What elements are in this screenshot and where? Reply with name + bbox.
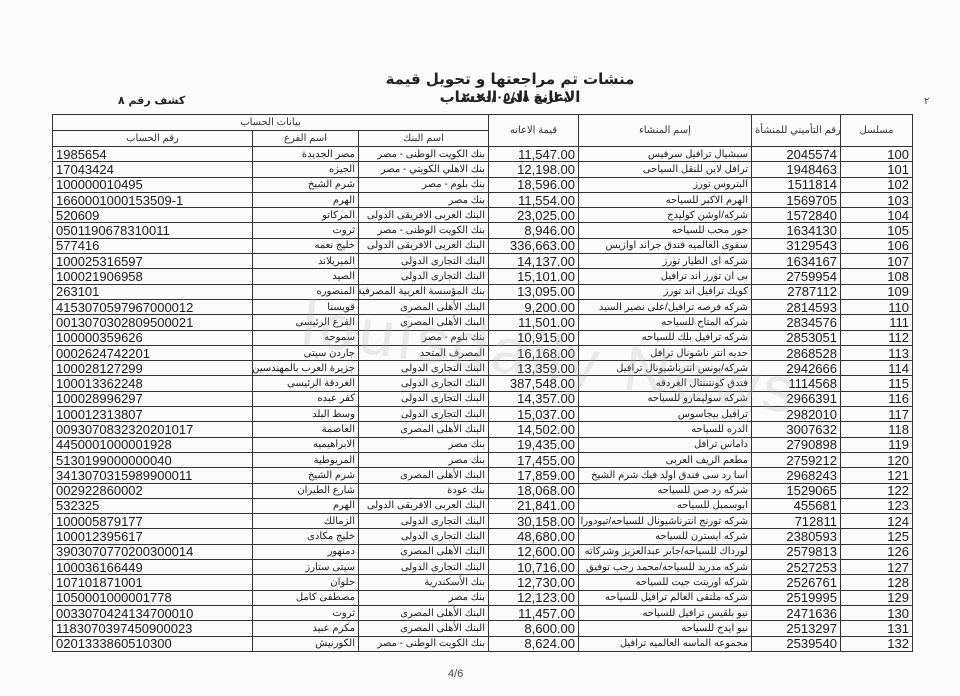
cell-amount: 12,730.00 <box>489 575 579 590</box>
cell-account-no: 3413070315989900011 <box>53 468 253 483</box>
cell-serial: 119 <box>841 437 913 452</box>
cell-amount: 15,037.00 <box>489 407 579 422</box>
cell-serial: 103 <box>841 192 913 207</box>
cell-account-no: 532325 <box>53 498 253 513</box>
header-account-data: بيانات الحساب <box>53 115 489 131</box>
cell-account-no: 100000359626 <box>53 330 253 345</box>
cell-serial: 110 <box>841 299 913 314</box>
cell-bank-name: بنك بلوم - مصر <box>359 177 489 192</box>
cell-amount: 11,457.00 <box>489 605 579 620</box>
cell-bank-name: المصرف المتحد <box>359 345 489 360</box>
cell-branch-name: سموحه <box>253 330 359 345</box>
table-row: 107101871001حلوانبنك الأسكندرية12,730.00… <box>53 575 913 590</box>
cell-account-no: 263101 <box>53 284 253 299</box>
cell-serial: 109 <box>841 284 913 299</box>
cell-insurance-no: 2526761 <box>752 575 841 590</box>
cell-amount: 387,548.00 <box>489 376 579 391</box>
cell-account-no: 5130199000000040 <box>53 452 253 467</box>
cell-account-no: 0201333860510300 <box>53 636 253 651</box>
cell-establishment: شركه رد صن للسياحه <box>579 483 752 498</box>
cell-insurance-no: 1634167 <box>752 254 841 269</box>
cell-branch-name: الفرع الرئيسى <box>253 315 359 330</box>
cell-account-no: 0501190678310011 <box>53 223 253 238</box>
cell-amount: 9,200.00 <box>489 299 579 314</box>
document-date: بتاريخ ٢٠٢٠/٠٥/١٨ <box>400 90 630 104</box>
cell-account-no: 4153070597967000012 <box>53 299 253 314</box>
cell-insurance-no: 2513297 <box>752 621 841 636</box>
cell-serial: 115 <box>841 376 913 391</box>
cell-amount: 18,068.00 <box>489 483 579 498</box>
cell-bank-name: بنك مصر <box>359 590 489 605</box>
header-account-no: رقم الحساب <box>53 131 253 147</box>
cell-insurance-no: 3129543 <box>752 238 841 253</box>
cell-establishment: داماس ترافل <box>579 437 752 452</box>
cell-serial: 114 <box>841 361 913 376</box>
cell-serial: 123 <box>841 498 913 513</box>
cell-insurance-no: 1529065 <box>752 483 841 498</box>
cell-account-no: 3903070770200300014 <box>53 544 253 559</box>
cell-insurance-no: 1948463 <box>752 162 841 177</box>
cell-establishment: لورداك للسياحه/جابر عبدالعزيز وشركاته <box>579 544 752 559</box>
cell-serial: 118 <box>841 422 913 437</box>
cell-serial: 105 <box>841 223 913 238</box>
cell-bank-name: البنك الأهلى المصرى <box>359 621 489 636</box>
cell-establishment: شركه فرصه ترافيل/على نصير السيد <box>579 299 752 314</box>
cell-serial: 101 <box>841 162 913 177</box>
cell-insurance-no: 455681 <box>752 498 841 513</box>
table-body: 1985654مصر الجديدةبنك الكويت الوطنى - مص… <box>53 147 913 652</box>
table-row: 100012313807وسط البلدالبنك التجارى الدول… <box>53 407 913 422</box>
cell-account-no: 100000010495 <box>53 177 253 192</box>
cell-branch-name: مكرم عبيد <box>253 621 359 636</box>
cell-account-no: 100013362248 <box>53 376 253 391</box>
cell-serial: 100 <box>841 147 913 162</box>
cell-amount: 13,359.00 <box>489 361 579 376</box>
table-row: 0093070832320201017العاصمةالبنك الأهلى ا… <box>53 422 913 437</box>
cell-serial: 125 <box>841 529 913 544</box>
cell-branch-name: ثروت <box>253 605 359 620</box>
cell-amount: 11,501.00 <box>489 315 579 330</box>
cell-establishment: ابوسمبل للسياحه <box>579 498 752 513</box>
cell-bank-name: البنك الأهلى المصرى <box>359 299 489 314</box>
cell-serial: 126 <box>841 544 913 559</box>
cell-insurance-no: 2968243 <box>752 468 841 483</box>
cell-branch-name: الكورنيش <box>253 636 359 651</box>
cell-amount: 18,596.00 <box>489 177 579 192</box>
cell-insurance-no: 1569705 <box>752 192 841 207</box>
cell-account-no: 100012313807 <box>53 407 253 422</box>
cell-establishment: بى ان تورز اند ترافيل <box>579 269 752 284</box>
cell-branch-name: شرم الشيخ <box>253 177 359 192</box>
cell-amount: 336,663.00 <box>489 238 579 253</box>
cell-establishment: نيو بلقيس ترافيل للسياحه <box>579 605 752 620</box>
cell-bank-name: البنك التجارى الدولى <box>359 514 489 529</box>
table-row: 1985654مصر الجديدةبنك الكويت الوطنى - مص… <box>53 147 913 162</box>
cell-insurance-no: 2759212 <box>752 452 841 467</box>
cell-amount: 14,137.00 <box>489 254 579 269</box>
cell-bank-name: بنك بلوم - مصر <box>359 330 489 345</box>
header-bank-name: اسم البنك <box>359 131 489 147</box>
table-row: 532325الهرمالبنك العربى الافريقى الدولى2… <box>53 498 913 513</box>
cell-establishment: شركه ترافيل بلك للسياحه <box>579 330 752 345</box>
cell-establishment: حديه انتر ناشونال ترافل <box>579 345 752 360</box>
cell-branch-name: الجيزه <box>253 162 359 177</box>
cell-bank-name: البنك العربى الافريقى الدولى <box>359 208 489 223</box>
cell-serial: 107 <box>841 254 913 269</box>
table-row: 0002624742201جاردن سيتىالمصرف المتحد16,1… <box>53 345 913 360</box>
cell-establishment: نيو ايدج للسياحه <box>579 621 752 636</box>
header-amount: قيمة الاعانه <box>489 115 579 147</box>
cell-serial: 122 <box>841 483 913 498</box>
cell-serial: 130 <box>841 605 913 620</box>
table-row: 577416خليج نعمهالبنك العربى الافريقى الد… <box>53 238 913 253</box>
cell-insurance-no: 2579813 <box>752 544 841 559</box>
cell-bank-name: البنك الأهلى المصرى <box>359 468 489 483</box>
cell-establishment: فندق كونتننتال الغردقه <box>579 376 752 391</box>
cell-serial: 124 <box>841 514 913 529</box>
cell-insurance-no: 2966391 <box>752 391 841 406</box>
table-row: 100000010495شرم الشيخبنك بلوم - مصر18,59… <box>53 177 913 192</box>
cell-amount: 8,624.00 <box>489 636 579 651</box>
cell-account-no: 17043424 <box>53 162 253 177</box>
cell-amount: 17,859.00 <box>489 468 579 483</box>
cell-amount: 11,554.00 <box>489 192 579 207</box>
cell-establishment: شركه ملتقى العالم ترافيل للسياحه <box>579 590 752 605</box>
cell-branch-name: الميريلاند <box>253 254 359 269</box>
cell-branch-name: الابراهيميه <box>253 437 359 452</box>
table-row: 1660001000153509-1الهرمبنك مصر11,554.00ا… <box>53 192 913 207</box>
cell-serial: 120 <box>841 452 913 467</box>
table-row: 5130199000000040المريوطيةبنك مصر17,455.0… <box>53 452 913 467</box>
cell-account-no: 1183070397450900023 <box>53 621 253 636</box>
cell-amount: 12,600.00 <box>489 544 579 559</box>
page-number: 4/6 <box>448 668 463 680</box>
cell-bank-name: البنك الأهلى المصرى <box>359 315 489 330</box>
cell-serial: 116 <box>841 391 913 406</box>
cell-serial: 121 <box>841 468 913 483</box>
table-row: 100025316597الميريلاندالبنك التجارى الدو… <box>53 254 913 269</box>
cell-amount: 10,716.00 <box>489 560 579 575</box>
cell-account-no: 0002624742201 <box>53 345 253 360</box>
cell-bank-name: البنك التجارى الدولى <box>359 361 489 376</box>
table-row: 100005879177الزمالكالبنك التجارى الدولى3… <box>53 514 913 529</box>
page-marker: ٢ <box>924 96 929 107</box>
cell-bank-name: بنك عودة <box>359 483 489 498</box>
cell-bank-name: بنك الكويت الوطنى - مصر <box>359 223 489 238</box>
cell-establishment: شركه اورينت جيت للسياحه <box>579 575 752 590</box>
cell-establishment: كويك ترافيل اند تورز <box>579 284 752 299</box>
table-row: 4450001000001928الابراهيميهبنك مصر19,435… <box>53 437 913 452</box>
table-row: 002922860002شارع الطيرانبنك عودة18,068.0… <box>53 483 913 498</box>
cell-insurance-no: 1634130 <box>752 223 841 238</box>
cell-establishment: شركه/بونس انترناشيونال ترافيل <box>579 361 752 376</box>
cell-account-no: 0093070832320201017 <box>53 422 253 437</box>
cell-establishment: البتروس تورز <box>579 177 752 192</box>
cell-branch-name: مصر الجديدة <box>253 147 359 162</box>
cell-branch-name: الهرم <box>253 498 359 513</box>
cell-establishment: شركه/اوشن كوليدج <box>579 208 752 223</box>
cell-account-no: 100012395617 <box>53 529 253 544</box>
cell-insurance-no: 712811 <box>752 514 841 529</box>
sheet-number: كشف رقم ٨ <box>118 94 185 107</box>
table-row: 100028127299جزيرة العرب بالمهندسينالبنك … <box>53 361 913 376</box>
cell-serial: 106 <box>841 238 913 253</box>
cell-branch-name: وسط البلد <box>253 407 359 422</box>
cell-serial: 104 <box>841 208 913 223</box>
cell-branch-name: الصيد <box>253 269 359 284</box>
header-insurance-no: الرقم التأميني للمنشأة <box>752 115 841 147</box>
cell-insurance-no: 2471636 <box>752 605 841 620</box>
cell-bank-name: البنك التجارى الدولى <box>359 560 489 575</box>
cell-insurance-no: 2380593 <box>752 529 841 544</box>
table-row: 0033070424134700010ثروتالبنك الأهلى المص… <box>53 605 913 620</box>
cell-amount: 30,158.00 <box>489 514 579 529</box>
cell-branch-name: المنصوره <box>253 284 359 299</box>
cell-insurance-no: 1572840 <box>752 208 841 223</box>
cell-account-no: 107101871001 <box>53 575 253 590</box>
table-row: 100028996297كفر عبدهالبنك التجارى الدولى… <box>53 391 913 406</box>
cell-amount: 13,095.00 <box>489 284 579 299</box>
cell-serial: 129 <box>841 590 913 605</box>
cell-establishment: شركه ايسترن للسياحه <box>579 529 752 544</box>
cell-insurance-no: 2982010 <box>752 407 841 422</box>
cell-establishment: شركه تورنج انترناشيونال للسياحه/تيودورا <box>579 514 752 529</box>
cell-branch-name: خليج مكادى <box>253 529 359 544</box>
cell-amount: 14,357.00 <box>489 391 579 406</box>
establishments-table: بيانات الحساب قيمة الاعانه إسم المنشاء ا… <box>52 114 913 652</box>
cell-insurance-no: 2519995 <box>752 590 841 605</box>
table-row: 100021906958الصيدالبنك التجارى الدولى15,… <box>53 269 913 284</box>
cell-amount: 12,198.00 <box>489 162 579 177</box>
cell-branch-name: ثروت <box>253 223 359 238</box>
table-row: 100000359626سموحهبنك بلوم - مصر10,915.00… <box>53 330 913 345</box>
cell-amount: 8,946.00 <box>489 223 579 238</box>
cell-insurance-no: 2853051 <box>752 330 841 345</box>
cell-insurance-no: 1511814 <box>752 177 841 192</box>
table-row: 1050001000001778مصطفى كاملبنك مصر12,123.… <box>53 590 913 605</box>
cell-establishment: شركه سوليمارو للسياحه <box>579 391 752 406</box>
cell-account-no: 577416 <box>53 238 253 253</box>
cell-branch-name: الغردقة الرئيسى <box>253 376 359 391</box>
cell-establishment: ترافيل بيجاسوس <box>579 407 752 422</box>
cell-account-no: 4450001000001928 <box>53 437 253 452</box>
table-row: 520609المركاتوالبنك العربى الافريقى الدو… <box>53 208 913 223</box>
cell-bank-name: البنك التجارى الدولى <box>359 407 489 422</box>
cell-amount: 8,600.00 <box>489 621 579 636</box>
cell-branch-name: خليج نعمه <box>253 238 359 253</box>
cell-bank-name: البنك الأهلى المصرى <box>359 544 489 559</box>
cell-bank-name: بنك مصر <box>359 437 489 452</box>
cell-serial: 112 <box>841 330 913 345</box>
table-row: 100012395617خليج مكادىالبنك التجارى الدو… <box>53 529 913 544</box>
cell-insurance-no: 2942666 <box>752 361 841 376</box>
cell-serial: 127 <box>841 560 913 575</box>
table-row: 100036166449سيتى ستارزالبنك التجارى الدو… <box>53 560 913 575</box>
cell-amount: 23,025.00 <box>489 208 579 223</box>
cell-establishment: سبشيال ترافيل سرفيس <box>579 147 752 162</box>
cell-amount: 19,435.00 <box>489 437 579 452</box>
cell-branch-name: شرم الشيخ <box>253 468 359 483</box>
cell-establishment: شركه المتاح للسياحه <box>579 315 752 330</box>
cell-account-no: 100005879177 <box>53 514 253 529</box>
cell-branch-name: جاردن سيتى <box>253 345 359 360</box>
cell-establishment: الدره للسياحه <box>579 422 752 437</box>
cell-bank-name: بنك الكويت الوطنى - مصر <box>359 636 489 651</box>
cell-amount: 16,168.00 <box>489 345 579 360</box>
cell-serial: 117 <box>841 407 913 422</box>
cell-bank-name: البنك الأهلى المصرى <box>359 605 489 620</box>
cell-branch-name: المركاتو <box>253 208 359 223</box>
cell-establishment: الهرم الاكبر للسياحه <box>579 192 752 207</box>
table-row: 0013070302809500021الفرع الرئيسىالبنك ال… <box>53 315 913 330</box>
cell-account-no: 0013070302809500021 <box>53 315 253 330</box>
cell-insurance-no: 2787112 <box>752 284 841 299</box>
cell-amount: 10,915.00 <box>489 330 579 345</box>
table-row: 3413070315989900011شرم الشيخالبنك الأهلى… <box>53 468 913 483</box>
table-row: 263101المنصورهبنك المؤسسة العربية المصرف… <box>53 284 913 299</box>
cell-insurance-no: 2790898 <box>752 437 841 452</box>
cell-bank-name: البنك العربى الافريقى الدولى <box>359 498 489 513</box>
cell-insurance-no: 2868528 <box>752 345 841 360</box>
table-header: بيانات الحساب قيمة الاعانه إسم المنشاء ا… <box>53 115 913 147</box>
cell-bank-name: بنك مصر <box>359 192 489 207</box>
cell-insurance-no: 2814593 <box>752 299 841 314</box>
cell-account-no: 002922860002 <box>53 483 253 498</box>
table-row: 17043424الجيزهبنك الاهلي الكويتي - مصر12… <box>53 162 913 177</box>
cell-account-no: 100028996297 <box>53 391 253 406</box>
cell-branch-name: المريوطية <box>253 452 359 467</box>
cell-bank-name: البنك التجارى الدولى <box>359 376 489 391</box>
cell-branch-name: دمنهور <box>253 544 359 559</box>
cell-establishment: مجموعه الماسه العالميه ترافيل <box>579 636 752 651</box>
cell-establishment: شركه اى الطيار تورز <box>579 254 752 269</box>
cell-account-no: 100036166449 <box>53 560 253 575</box>
cell-account-no: 1985654 <box>53 147 253 162</box>
cell-account-no: 520609 <box>53 208 253 223</box>
cell-amount: 17,455.00 <box>489 452 579 467</box>
cell-establishment: شركه مدريد للسياحه/محمد رجب توفيق <box>579 560 752 575</box>
cell-serial: 108 <box>841 269 913 284</box>
table-row: 4153070597967000012قويسناالبنك الأهلى ال… <box>53 299 913 314</box>
cell-establishment: مطعم الريف العربى <box>579 452 752 467</box>
header-serial: مسلسل <box>841 115 913 147</box>
cell-bank-name: البنك التجارى الدولى <box>359 529 489 544</box>
cell-branch-name: مصطفى كامل <box>253 590 359 605</box>
cell-account-no: 1660001000153509-1 <box>53 192 253 207</box>
cell-serial: 132 <box>841 636 913 651</box>
cell-amount: 21,841.00 <box>489 498 579 513</box>
cell-branch-name: سيتى ستارز <box>253 560 359 575</box>
cell-branch-name: الهرم <box>253 192 359 207</box>
cell-serial: 111 <box>841 315 913 330</box>
cell-insurance-no: 2834576 <box>752 315 841 330</box>
cell-bank-name: البنك العربى الافريقى الدولى <box>359 238 489 253</box>
cell-serial: 113 <box>841 345 913 360</box>
cell-bank-name: البنك التجارى الدولى <box>359 254 489 269</box>
cell-insurance-no: 1114568 <box>752 376 841 391</box>
cell-insurance-no: 2045574 <box>752 147 841 162</box>
cell-insurance-no: 2759954 <box>752 269 841 284</box>
cell-establishment: ترافل لاين للنقل السياحى <box>579 162 752 177</box>
cell-amount: 12,123.00 <box>489 590 579 605</box>
cell-account-no: 100028127299 <box>53 361 253 376</box>
cell-establishment: اسا رد سى فندق اولد فيك شرم الشيخ <box>579 468 752 483</box>
cell-account-no: 100025316597 <box>53 254 253 269</box>
cell-establishment: سفوى العالميه فندق جراند اوازيس <box>579 238 752 253</box>
cell-branch-name: حلوان <box>253 575 359 590</box>
cell-bank-name: بنك الأسكندرية <box>359 575 489 590</box>
cell-account-no: 100021906958 <box>53 269 253 284</box>
cell-bank-name: البنك التجارى الدولى <box>359 269 489 284</box>
cell-amount: 15,101.00 <box>489 269 579 284</box>
cell-amount: 11,547.00 <box>489 147 579 162</box>
table-row: 100013362248الغردقة الرئيسىالبنك التجارى… <box>53 376 913 391</box>
cell-serial: 128 <box>841 575 913 590</box>
cell-branch-name: قويسنا <box>253 299 359 314</box>
table-row: 0501190678310011ثروتبنك الكويت الوطنى - … <box>53 223 913 238</box>
cell-bank-name: بنك مصر <box>359 452 489 467</box>
cell-branch-name: شارع الطيران <box>253 483 359 498</box>
cell-bank-name: البنك الأهلى المصرى <box>359 422 489 437</box>
cell-insurance-no: 3007632 <box>752 422 841 437</box>
cell-account-no: 1050001000001778 <box>53 590 253 605</box>
cell-establishment: حور محب للسياحه <box>579 223 752 238</box>
table-row: 1183070397450900023مكرم عبيدالبنك الأهلى… <box>53 621 913 636</box>
cell-branch-name: كفر عبده <box>253 391 359 406</box>
cell-serial: 131 <box>841 621 913 636</box>
cell-bank-name: بنك المؤسسة العربية المصرفية - مصر <box>359 284 489 299</box>
header-establishment: إسم المنشاء <box>579 115 752 147</box>
cell-amount: 48,680.00 <box>489 529 579 544</box>
cell-account-no: 0033070424134700010 <box>53 605 253 620</box>
cell-branch-name: العاصمة <box>253 422 359 437</box>
cell-bank-name: بنك الكويت الوطنى - مصر <box>359 147 489 162</box>
cell-amount: 14,502.00 <box>489 422 579 437</box>
cell-branch-name: جزيرة العرب بالمهندسين <box>253 361 359 376</box>
table-row: 3903070770200300014دمنهورالبنك الأهلى ال… <box>53 544 913 559</box>
cell-insurance-no: 2539540 <box>752 636 841 651</box>
table-row: 0201333860510300الكورنيشبنك الكويت الوطن… <box>53 636 913 651</box>
header-branch-name: اسم الفرع <box>253 131 359 147</box>
cell-bank-name: بنك الاهلي الكويتي - مصر <box>359 162 489 177</box>
cell-branch-name: الزمالك <box>253 514 359 529</box>
cell-insurance-no: 2527253 <box>752 560 841 575</box>
cell-serial: 102 <box>841 177 913 192</box>
cell-bank-name: البنك التجارى الدولى <box>359 391 489 406</box>
